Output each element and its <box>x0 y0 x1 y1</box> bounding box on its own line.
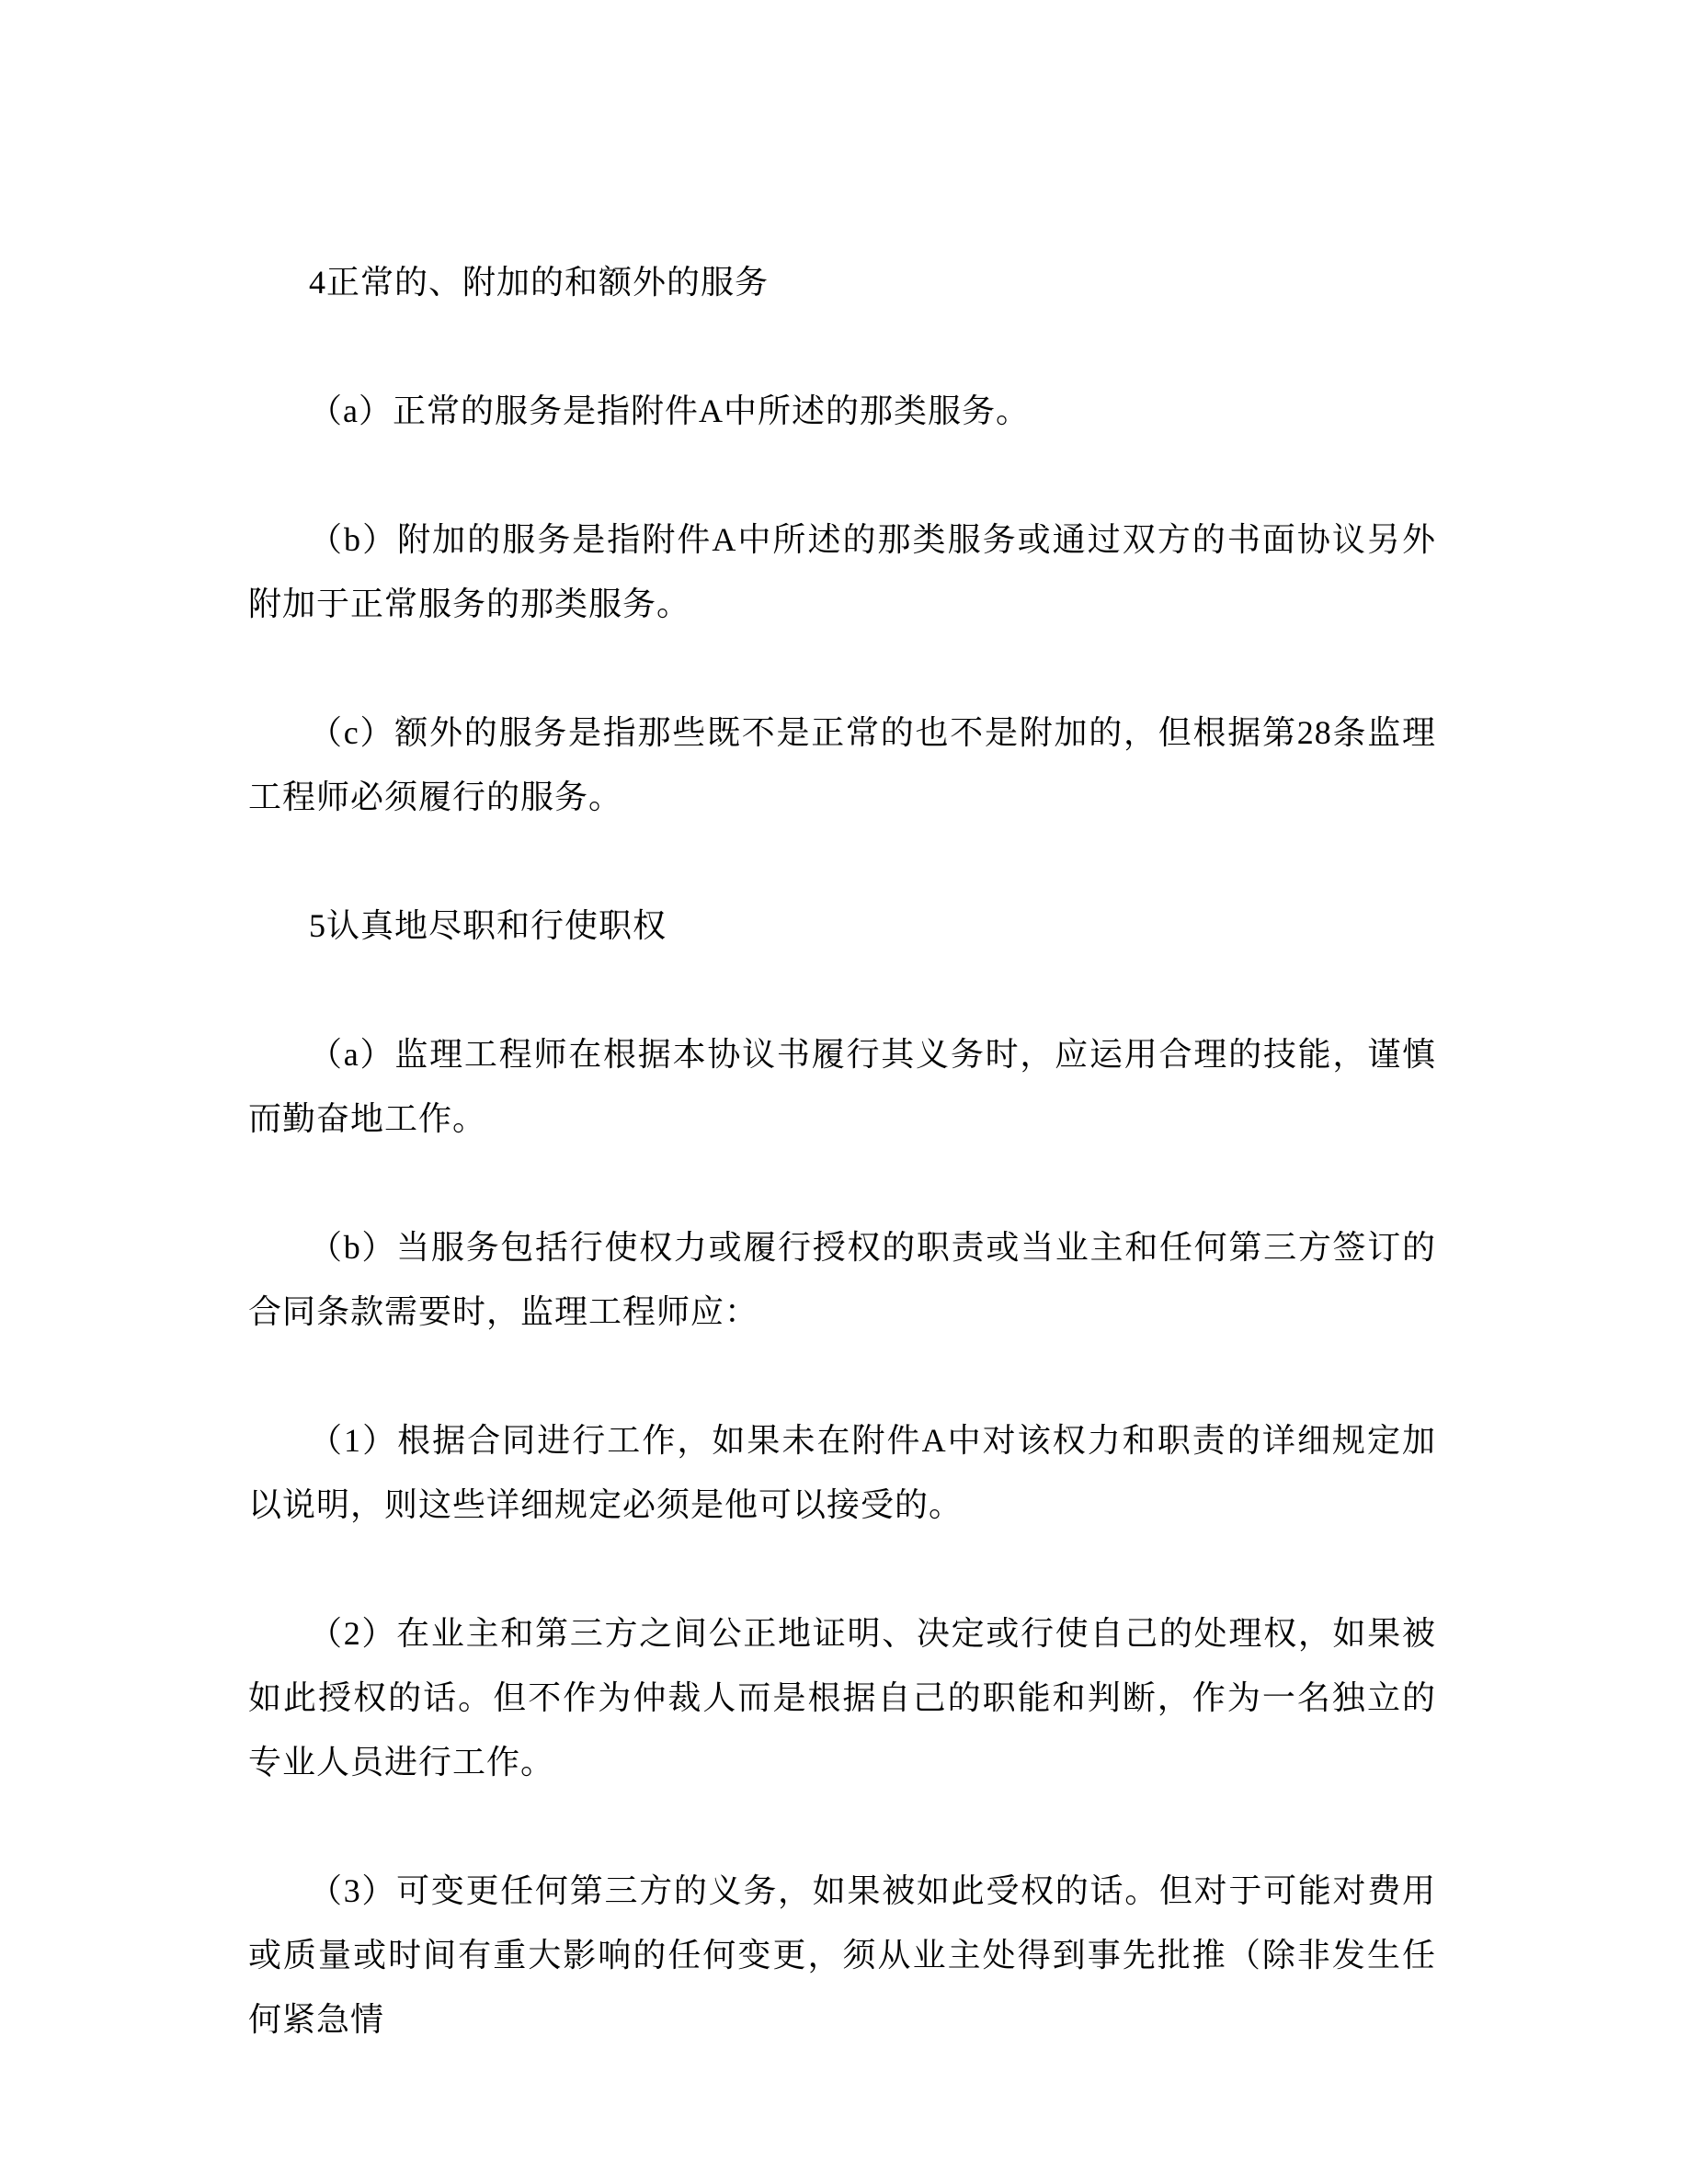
clause-4b: （b）附加的服务是指附件A中所述的那类服务或通过双方的书面协议另外附加于正常服务… <box>248 507 1436 636</box>
clause-5b: （b）当服务包括行使权力或履行授权的职责或当业主和任何第三方签订的合同条款需要时… <box>248 1215 1436 1344</box>
sub-clause-5b-2: （2）在业主和第三方之间公正地证明、决定或行使自己的处理权，如果被如此授权的话。… <box>248 1601 1436 1794</box>
section-5-heading: 5认真地尽职和行使职权 <box>248 893 1436 958</box>
clause-4c: （c）额外的服务是指那些既不是正常的也不是附加的，但根据第28条监理工程师必须履… <box>248 700 1436 829</box>
sub-clause-5b-3: （3）可变更任何第三方的义务，如果被如此受权的话。但对于可能对费用或质量或时间有… <box>248 1859 1436 2052</box>
clause-4a: （a）正常的服务是指附件A中所述的那类服务。 <box>248 379 1436 443</box>
document-page: 4正常的、附加的和额外的服务 （a）正常的服务是指附件A中所述的那类服务。 （b… <box>0 0 1688 2184</box>
section-4-heading: 4正常的、附加的和额外的服务 <box>248 250 1436 314</box>
sub-clause-5b-1: （1）根据合同进行工作，如果未在附件A中对该权力和职责的详细规定加以说明，则这些… <box>248 1408 1436 1537</box>
clause-5a: （a）监理工程师在根据本协议书履行其义务时，应运用合理的技能，谨慎而勤奋地工作。 <box>248 1022 1436 1151</box>
document-text-block: 4正常的、附加的和额外的服务 （a）正常的服务是指附件A中所述的那类服务。 （b… <box>248 250 1436 2052</box>
